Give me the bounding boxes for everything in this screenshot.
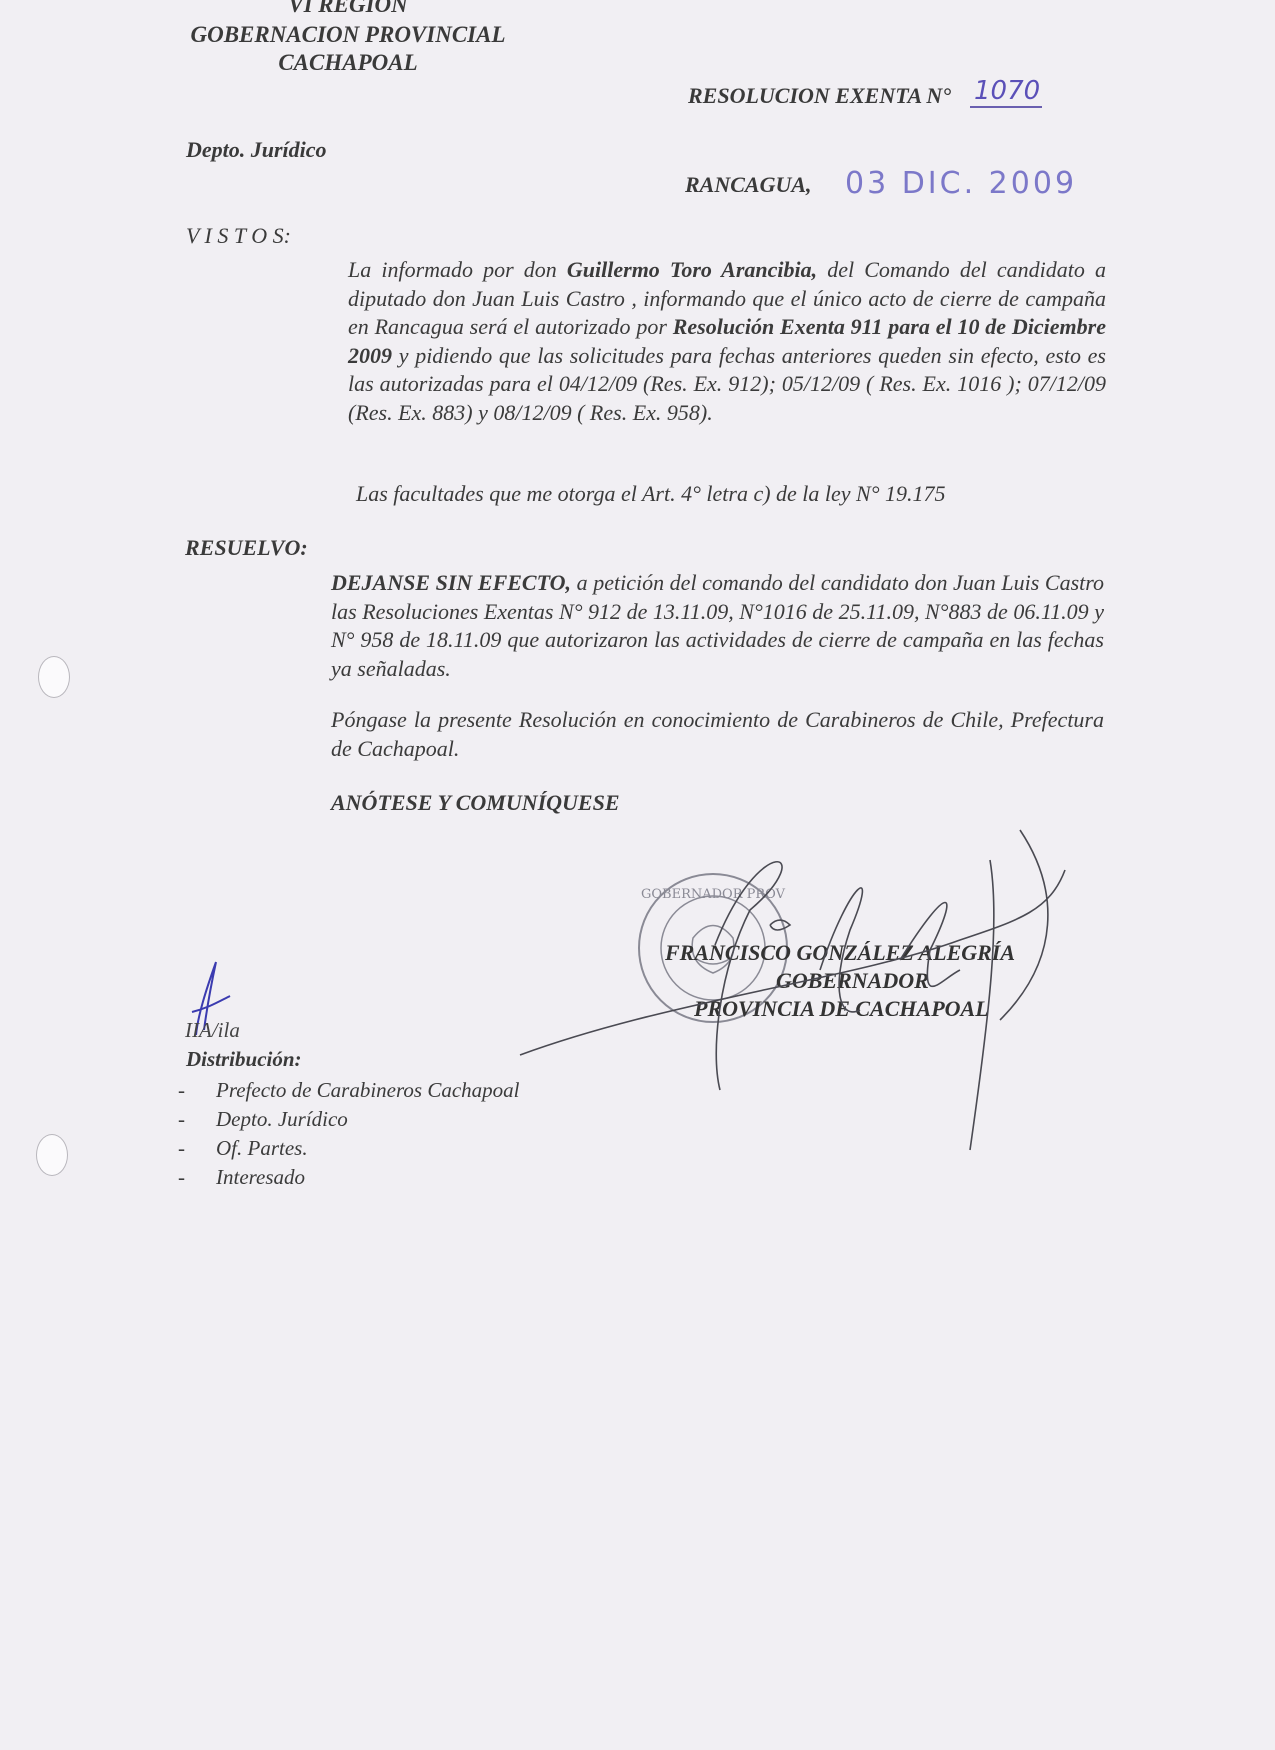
resuelvo-paragraph: DEJANSE SIN EFECTO, a petición del coman… [331,569,1104,683]
resolution-number-handwritten: 1070 [970,76,1042,108]
vistos-heading: V I S T O S: [186,223,291,249]
office-heading: GOBERNACION PROVINCIAL [148,22,548,48]
distribution-list: -Prefecto de Carabineros Cachapoal -Dept… [178,1078,520,1194]
resuelvo-heading: RESUELVO: [185,535,308,561]
distribution-label: Distribución: [186,1047,302,1072]
vistos-paragraph: La informado por don Guillermo Toro Aran… [348,256,1106,427]
drafter-initials: IIA/ila [185,1018,240,1043]
distribution-item: -Prefecto de Carabineros Cachapoal [178,1078,520,1107]
province-heading: CACHAPOAL [148,50,548,76]
distribution-item: -Interesado [178,1165,520,1194]
distribution-item: -Depto. Jurídico [178,1107,520,1136]
region-heading: VI REGION [148,0,548,18]
resolution-action: DEJANSE SIN EFECTO, [331,570,571,595]
department-label: Depto. Jurídico [186,137,327,163]
informant-name: Guillermo Toro Arancibia, [567,257,817,282]
distribution-item: -Of. Partes. [178,1136,520,1165]
legal-basis: Las facultades que me otorga el Art. 4° … [356,480,946,509]
date-stamp: 03 DIC. 2009 [845,166,1077,201]
notification-paragraph: Póngase la presente Resolución en conoci… [331,706,1104,763]
resolution-label: RESOLUCION EXENTA N° [688,83,951,109]
punch-hole [36,1134,68,1176]
handwritten-signature-icon [520,810,1100,1150]
punch-hole [38,656,70,698]
place-label: RANCAGUA, [685,172,812,198]
